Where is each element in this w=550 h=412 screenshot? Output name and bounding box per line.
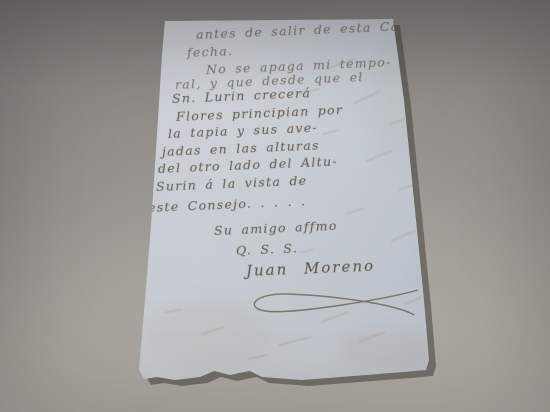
ink-smudge [366,150,393,162]
letter-line-6: Flores principian por [176,102,344,124]
letter-postscript-initials: Q. S. S. [236,240,299,258]
photo-of-letter: antes de salir de esta Cam fecha. No se … [0,0,550,412]
letter-line-10: Surin á la vista de [156,173,308,194]
ink-smudge [353,90,381,104]
paper-stain [340,330,430,370]
ink-smudge [345,207,365,214]
ink-smudge [248,354,268,360]
letter-line-1: antes de salir de esta Cam [196,18,413,42]
ink-smudge [300,248,315,253]
ink-smudge [200,326,223,335]
signature-text: Juan Moreno [246,257,376,280]
letter-line-11: este Consejo. . . . . [148,193,307,215]
letter-closing: Su amigo affmo [214,218,338,238]
ink-smudge [391,230,416,242]
ink-smudge [359,331,386,342]
letter-paper: antes de salir de esta Cam fecha. No se … [0,0,550,412]
letter-line-2: fecha. [187,43,234,60]
ink-smudge [278,336,311,347]
ink-smudge [165,309,181,314]
signature-rubric [248,284,424,322]
ink-smudge [322,129,340,136]
